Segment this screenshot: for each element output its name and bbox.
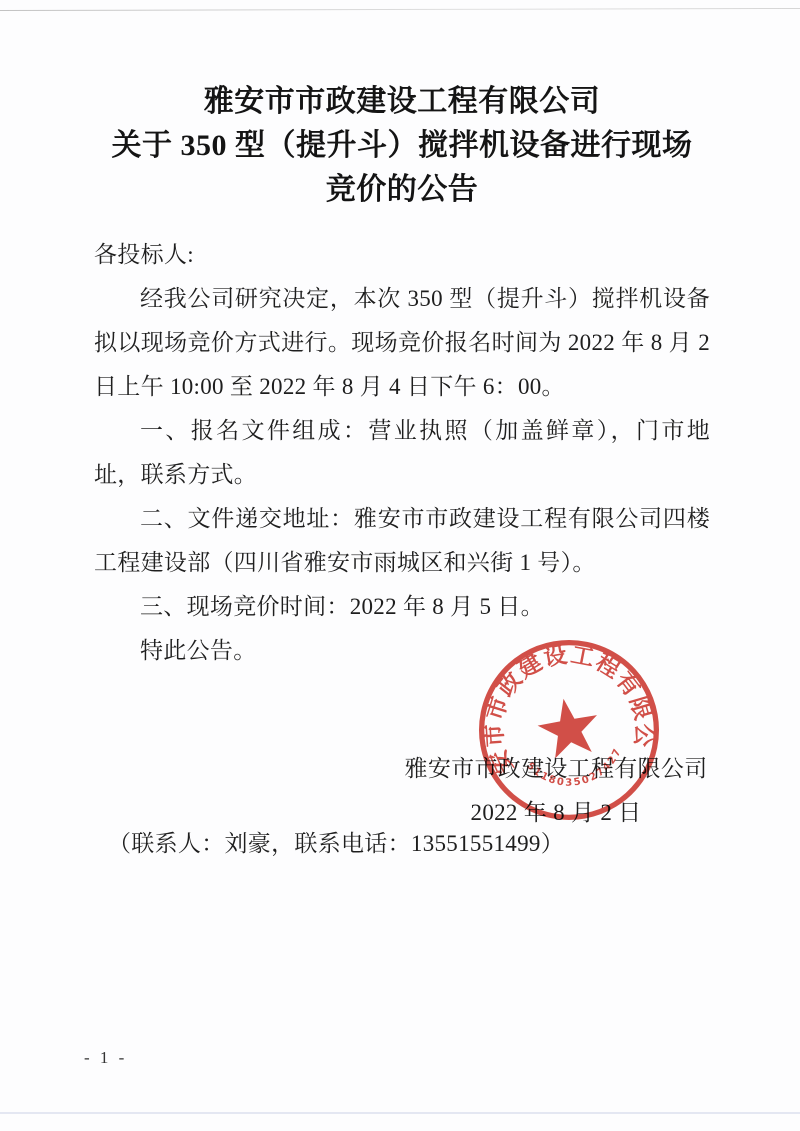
scan-artifact-bottom-edge: [0, 1112, 800, 1114]
paragraph-closing: 特此公告。: [94, 629, 710, 673]
signature-company: 雅安市市政建设工程有限公司: [400, 747, 712, 791]
paragraph-item-3: 三、现场竞价时间：2022 年 8 月 5 日。: [94, 585, 710, 629]
paragraph-intro: 经我公司研究决定，本次 350 型（提升斗）搅拌机设备拟以现场竞价方式进行。现场…: [94, 277, 710, 409]
title-line-notice: 竞价的公告: [94, 168, 710, 212]
paragraph-item-2: 二、文件递交地址：雅安市市政建设工程有限公司四楼工程建设部（四川省雅安市雨城区和…: [94, 497, 710, 585]
scanned-notice-page: { "page": { "background": "#fdfdfe", "pa…: [0, 0, 800, 1131]
title-line-company: 雅安市市政建设工程有限公司: [94, 80, 710, 124]
document-title: 雅安市市政建设工程有限公司 关于 350 型（提升斗）搅拌机设备进行现场 竞价的…: [94, 80, 710, 212]
page-number: - 1 -: [84, 1048, 127, 1068]
salutation: 各投标人:: [94, 233, 710, 277]
paragraph-item-1: 一、报名文件组成：营业执照（加盖鲜章），门市地址，联系方式。: [94, 409, 710, 497]
title-line-subject: 关于 350 型（提升斗）搅拌机设备进行现场: [94, 124, 710, 168]
notice-document: 雅安市市政建设工程有限公司 关于 350 型（提升斗）搅拌机设备进行现场 竞价的…: [0, 0, 800, 1131]
